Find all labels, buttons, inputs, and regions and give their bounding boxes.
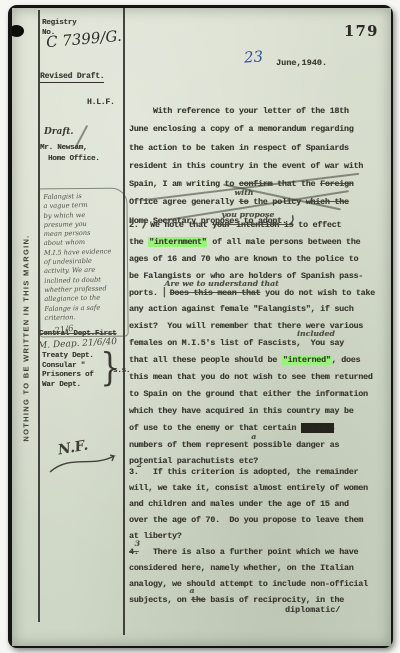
typed-text: June enclosing a copy of a memorandum re… <box>129 124 353 134</box>
scanned-document-photo: NOTHING TO BE WRITTEN IN THIS MARGIN. 17… <box>0 0 400 653</box>
typed-text: of use to the enemy or that certain <box>129 423 301 433</box>
typed-line: any action against female "Falangists", … <box>129 301 375 318</box>
typed-line: exist? You will remember that there were… <box>129 318 375 335</box>
struck-text: your intention is <box>212 220 293 230</box>
typed-text: this mean that you do not wish to see th… <box>129 372 373 382</box>
typed-text: the <box>129 237 148 247</box>
typed-text: over the age of 70. Do you propose to le… <box>129 515 363 525</box>
typed-text: We note that <box>150 220 212 230</box>
typed-text: With reference to your letter of the 18t… <box>129 106 349 116</box>
typed-line: June enclosing a copy of a memorandum re… <box>129 120 363 138</box>
typed-text: which they have acquired in this country… <box>129 406 353 416</box>
typed-text: If this criterion is adopted, the remain… <box>139 467 359 477</box>
typed-line: 4.3 There is also a further point which … <box>129 544 368 560</box>
typed-text: and children and males under the age of … <box>129 499 349 509</box>
typed-text: to effect <box>293 220 341 230</box>
highlighted-word: "interned" <box>282 355 332 365</box>
typed-line: females on M.I.5's list of Fascists,incl… <box>129 335 375 352</box>
typed-line: this mean that you do not wish to see th… <box>129 369 375 386</box>
typed-text: basis of reciprocity, in the <box>205 595 344 605</box>
registry-label-line1: Registry <box>42 19 76 29</box>
typed-line: that all these people should be "interne… <box>129 352 375 369</box>
document-paper: NOTHING TO BE WRITTEN IN THIS MARGIN. 17… <box>12 8 391 646</box>
typed-line: numbers of them represent apossible dang… <box>129 437 375 454</box>
typed-text: you do not wish to take <box>260 288 375 298</box>
minute-initials: H.L.F. <box>87 98 115 107</box>
typed-text: considered here, namely whether, on the … <box>129 563 353 573</box>
typed-text: analogy, we should attempt to include no… <box>129 579 368 589</box>
typed-text: the action to be taken in respect of Spa… <box>129 143 349 153</box>
marginal-note-handwritten: Falangist isa vague termby which wepresu… <box>38 188 128 338</box>
department-line: Treaty Dept. <box>42 352 94 362</box>
department-line: War Dept. <box>42 381 94 391</box>
typed-line: ages of 16 and 70 who are known to the p… <box>129 251 375 268</box>
department-group-note: s.s. <box>113 367 130 375</box>
typed-line: analogy, we should attempt to include no… <box>129 576 368 592</box>
typed-text: You say <box>301 338 344 348</box>
typed-line: at liberty? <box>129 528 368 544</box>
pencil-mark: ⟩ <box>139 219 151 230</box>
typed-text: females on M.I.5's list of Fascists, <box>129 338 301 348</box>
typed-text: subjects, on <box>129 595 191 605</box>
revised-draft-heading: Revised Draft. <box>40 72 104 83</box>
typed-line: the action to be taken in respect of Spa… <box>129 139 363 157</box>
typed-line: considered here, namely whether, on the … <box>129 560 368 576</box>
struck-text: Does this mean that <box>170 288 261 298</box>
paragraph-4: 4.3 There is also a further point which … <box>129 544 368 608</box>
struck-text: the <box>191 595 205 605</box>
typed-over-deletion: persons <box>301 423 334 433</box>
punch-hole <box>12 25 24 37</box>
paragraph-3: 3.2 If this criterion is adopted, the re… <box>129 464 368 544</box>
paragraph-2: 2. ⟩ We note that your intention isyou p… <box>129 217 375 470</box>
department-line: Consular " <box>42 362 94 372</box>
typed-text: resident in this country in the event of… <box>129 161 363 171</box>
typed-text: that all these people should be <box>129 355 282 365</box>
typed-text: ports. <box>129 288 162 298</box>
addressee-name: Mr. Newsam, <box>40 144 87 152</box>
catchword: diplomatic/ <box>285 605 340 615</box>
typed-line: to Spain on the ground that either the i… <box>129 386 375 403</box>
typed-text: numbers of them represent <box>129 440 253 450</box>
struck-text: Foreign <box>320 179 353 189</box>
typed-text: will, we take it, consist almost entirel… <box>129 483 368 493</box>
typed-text: possible danger as <box>253 440 339 450</box>
typed-text: to Spain on the ground that either the i… <box>129 389 368 399</box>
signature-flourish <box>48 450 122 476</box>
typed-text: any action against female "Falangists", … <box>129 304 353 314</box>
marginal-note-lines: Falangist isa vague termby which wepresu… <box>43 192 125 323</box>
typed-line: over the age of 70. Do you propose to le… <box>129 512 368 528</box>
letter-body: With reference to your letter of the 18t… <box>129 8 389 635</box>
margin-rubric: NOTHING TO BE WRITTEN IN THIS MARGIN. <box>22 234 31 441</box>
typed-line: ports. | Does this mean thatAre we to un… <box>129 285 375 302</box>
department-line: Prisoners of <box>42 371 94 381</box>
typed-text: ages of 16 and 70 who are known to the p… <box>129 254 358 264</box>
typed-line: With reference to your letter of the 18t… <box>129 102 363 120</box>
typed-line: 3.2 If this criterion is adopted, the re… <box>129 464 368 480</box>
typed-text: 2. <box>129 220 139 230</box>
typed-line: resident in this country in the event of… <box>129 157 363 175</box>
typed-line: will, we take it, consist almost entirel… <box>129 480 368 496</box>
typed-line: and children and males under the age of … <box>129 496 368 512</box>
typed-text: There is also a further point which we h… <box>139 547 359 557</box>
typed-text: , does <box>332 355 361 365</box>
typed-line: which they have acquired in this country… <box>129 403 375 420</box>
highlighted-word: "internment" <box>148 237 207 247</box>
addressee-office: Home Office. <box>48 155 100 163</box>
draft-label: Draft. <box>44 127 74 137</box>
typed-line: the "internment" of all male persons bet… <box>129 234 375 251</box>
typed-text: of all male persons between the <box>207 237 360 247</box>
department-group: Treaty Dept.Consular "Prisoners ofWar De… <box>42 352 94 390</box>
